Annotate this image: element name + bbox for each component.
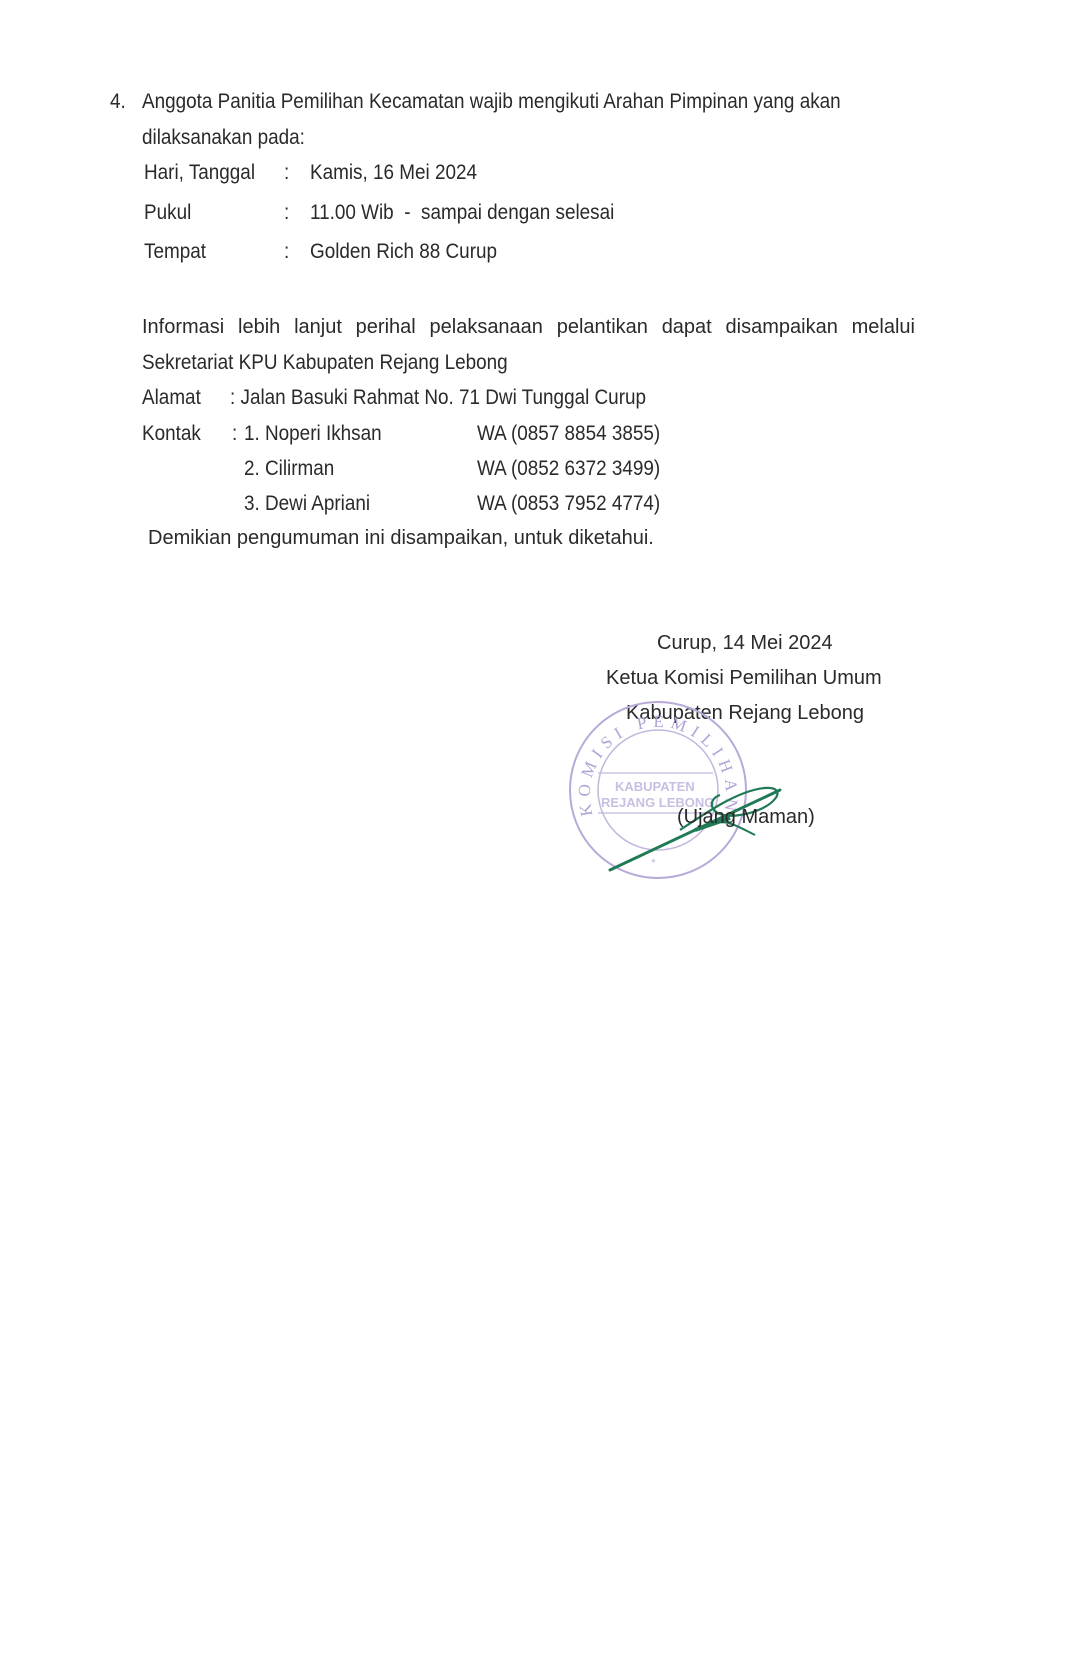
closing-text: Demikian pengumuman ini disampaikan, unt… <box>148 527 654 550</box>
info-word: perihal <box>356 316 416 339</box>
info-line2: Sekretariat KPU Kabupaten Rejang Lebong <box>142 351 508 375</box>
contact-phone: WA (0857 8854 3855) <box>477 422 660 446</box>
info-line1: Informasilebihlanjutperihalpelaksanaanpe… <box>142 316 915 339</box>
place-date: Curup, 14 Mei 2024 <box>657 632 833 655</box>
detail-sep: : <box>284 240 289 264</box>
item4-line2: dilaksanakan pada: <box>142 126 305 150</box>
detail-value-date: Kamis, 16 Mei 2024 <box>310 161 477 185</box>
alamat-label: Alamat <box>142 386 201 410</box>
detail-label-place: Tempat <box>144 240 206 264</box>
kontak-sep: : <box>232 422 237 446</box>
item4-line1: Anggota Panitia Pemilihan Kecamatan waji… <box>142 90 841 114</box>
info-word: Informasi <box>142 316 224 339</box>
detail-sep: : <box>284 201 289 225</box>
info-word: dapat <box>662 316 712 339</box>
contact-phone: WA (0852 6372 3499) <box>477 457 660 481</box>
info-word: disampaikan <box>726 316 838 339</box>
item-number: 4. <box>110 90 126 114</box>
kontak-label: Kontak <box>142 422 201 446</box>
info-word: pelantikan <box>557 316 648 339</box>
info-word: lebih <box>238 316 280 339</box>
alamat-value: : Jalan Basuki Rahmat No. 71 Dwi Tunggal… <box>230 386 646 410</box>
info-word: lanjut <box>294 316 342 339</box>
detail-label-time: Pukul <box>144 201 191 225</box>
contact-name: 2. Cilirman <box>244 457 334 481</box>
detail-value-place: Golden Rich 88 Curup <box>310 240 497 264</box>
contact-phone: WA (0853 7952 4774) <box>477 492 660 516</box>
signer-name: (Ujang Maman) <box>677 806 815 829</box>
contact-name: 1. Noperi Ikhsan <box>244 422 382 446</box>
signer-title-1: Ketua Komisi Pemilihan Umum <box>606 667 882 690</box>
info-word: pelaksanaan <box>430 316 543 339</box>
detail-label-date: Hari, Tanggal <box>144 161 255 185</box>
contact-name: 3. Dewi Apriani <box>244 492 370 516</box>
detail-value-time: 11.00 Wib - sampai dengan selesai <box>310 201 614 225</box>
info-word: melalui <box>852 316 915 339</box>
detail-sep: : <box>284 161 289 185</box>
